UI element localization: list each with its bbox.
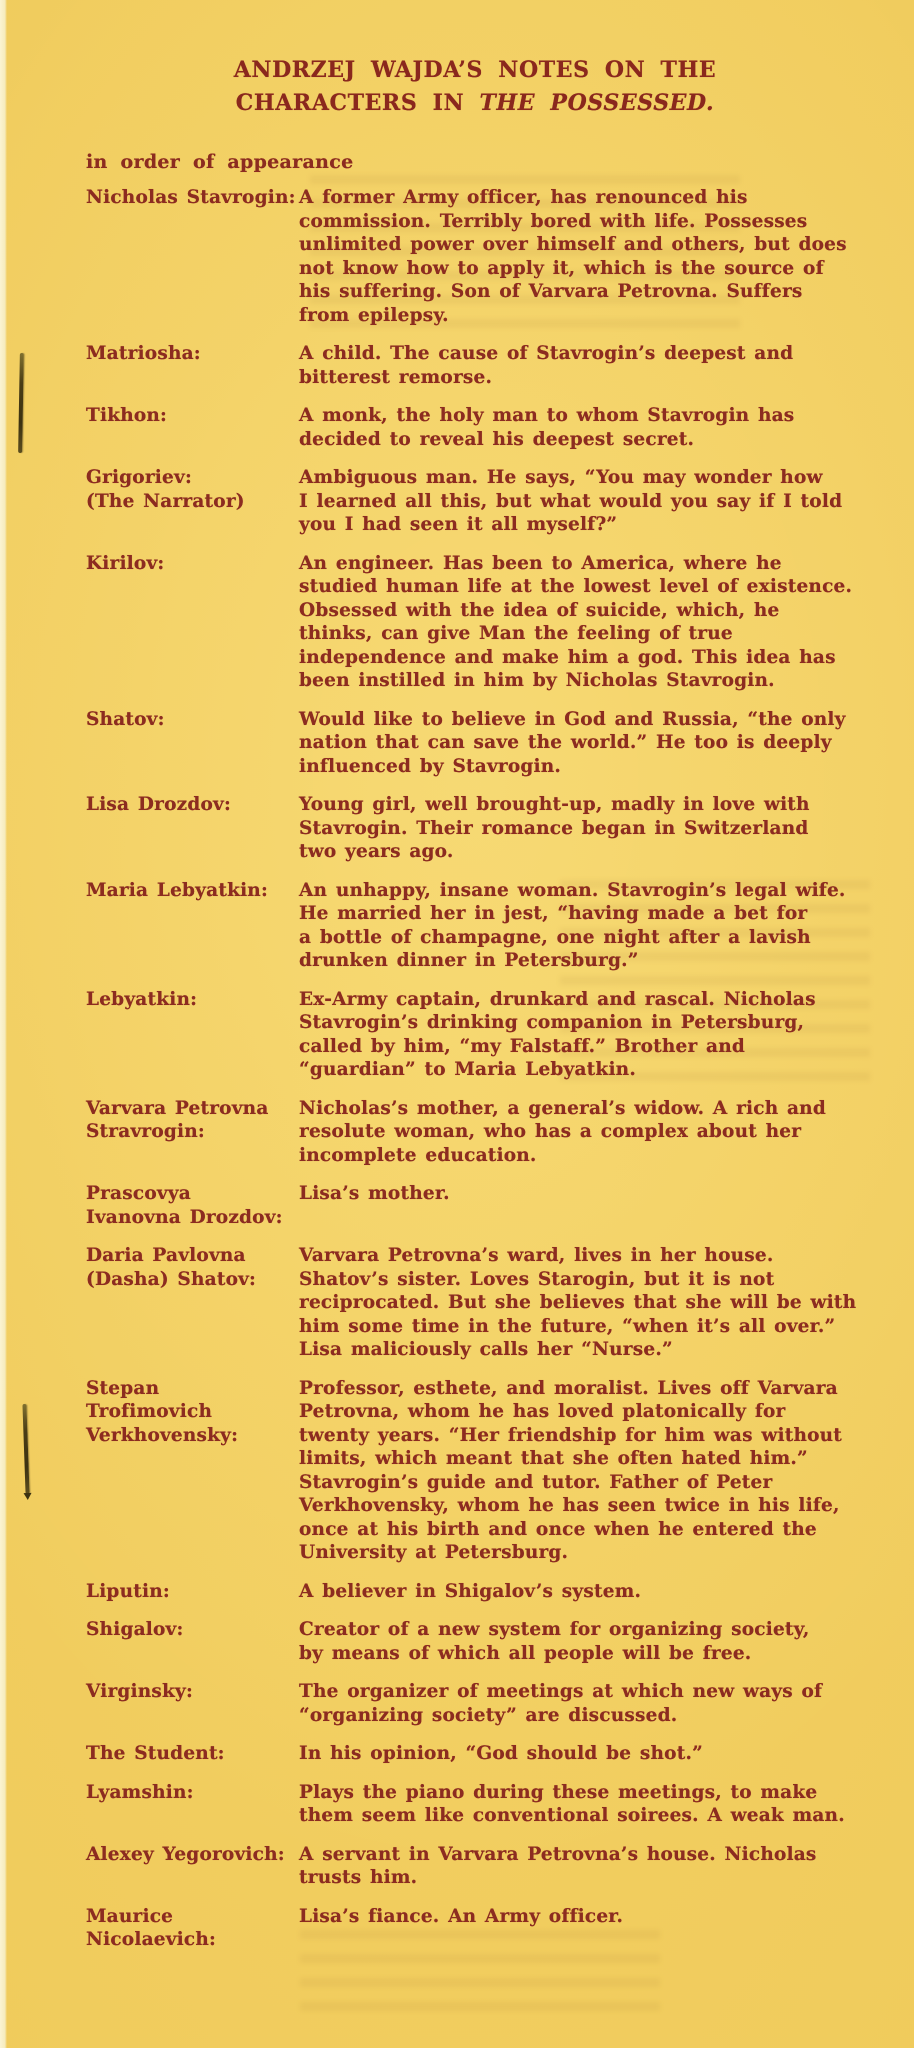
character-name: Lisa Drozdov:	[86, 793, 299, 864]
character-description: An engineer. Has been to America, where …	[299, 552, 864, 693]
title-line-2-prefix: CHARACTERS IN	[236, 90, 480, 116]
character-entry: Stepan Trofimovich Verkhovensky: Profess…	[86, 1377, 864, 1565]
character-description: A child. The cause of Stavrogin’s deepes…	[299, 342, 864, 389]
staple-bottom	[22, 1404, 29, 1494]
character-description: The organizer of meetings at which new w…	[299, 1680, 864, 1727]
character-entry: Lebyatkin: Ex-Army captain, drunkard and…	[86, 988, 864, 1082]
character-entry: Varvara Petrovna Stravrogin: Nicholas’s …	[86, 1097, 864, 1168]
character-description: A servant in Varvara Petrovna’s house. N…	[299, 1843, 864, 1890]
character-name: Shigalov:	[86, 1618, 299, 1665]
character-name: Kirilov:	[86, 552, 299, 693]
character-entry: Prascovya Ivanovna Drozdov: Lisa’s mothe…	[86, 1182, 864, 1229]
character-name: Grigoriev: (The Narrator)	[86, 466, 299, 537]
character-description: Lisa’s mother.	[299, 1182, 864, 1229]
character-entry: Grigoriev: (The Narrator) Ambiguous man.…	[86, 466, 864, 537]
character-name: The Student:	[86, 1742, 299, 1766]
character-entry: Daria Pavlovna (Dasha) Shatov: Varvara P…	[86, 1244, 864, 1362]
character-name: Shatov:	[86, 708, 299, 779]
character-name: Nicholas Stavrogin:	[86, 186, 299, 327]
character-description: Varvara Petrovna’s ward, lives in her ho…	[299, 1244, 864, 1362]
character-entry: The Student: In his opinion, “God should…	[86, 1742, 864, 1766]
character-entry: Liputin: A believer in Shigalov’s system…	[86, 1580, 864, 1604]
character-name: Maurice Nicolaevich:	[86, 1905, 299, 1952]
character-entry: Lisa Drozdov: Young girl, well brought-u…	[86, 793, 864, 864]
character-entry: Nicholas Stavrogin: A former Army office…	[86, 186, 864, 327]
character-name: Liputin:	[86, 1580, 299, 1604]
character-entry: Maria Lebyatkin: An unhappy, insane woma…	[86, 879, 864, 973]
character-description: Ex-Army captain, drunkard and rascal. Ni…	[299, 988, 864, 1082]
character-entry: Shigalov: Creator of a new system for or…	[86, 1618, 864, 1665]
character-name: Maria Lebyatkin:	[86, 879, 299, 973]
character-name: Virginsky:	[86, 1680, 299, 1727]
character-description: Lisa’s fiance. An Army officer.	[299, 1905, 864, 1952]
character-name: Alexey Yegorovich:	[86, 1843, 299, 1890]
staple-top	[18, 353, 24, 453]
title-line-2-italic: THE POSSESSED.	[479, 90, 714, 116]
character-entry: Lyamshin: Plays the piano during these m…	[86, 1781, 864, 1828]
page-title: ANDRZEJ WAJDA’S NOTES ON THECHARACTERS I…	[86, 54, 864, 120]
character-name: Lyamshin:	[86, 1781, 299, 1828]
character-name: Tikhon:	[86, 404, 299, 451]
character-name: Matriosha:	[86, 342, 299, 389]
character-description: A monk, the holy man to whom Stavrogin h…	[299, 404, 864, 451]
character-entry: Maurice Nicolaevich: Lisa’s fiance. An A…	[86, 1905, 864, 1952]
character-name: Lebyatkin:	[86, 988, 299, 1082]
character-name: Prascovya Ivanovna Drozdov:	[86, 1182, 299, 1229]
page-content: ANDRZEJ WAJDA’S NOTES ON THECHARACTERS I…	[86, 0, 864, 1967]
character-entry: Kirilov: An engineer. Has been to Americ…	[86, 552, 864, 693]
character-description: Plays the piano during these meetings, t…	[299, 1781, 864, 1828]
character-entry: Shatov: Would like to believe in God and…	[86, 708, 864, 779]
character-description: An unhappy, insane woman. Stavrogin’s le…	[299, 879, 864, 973]
character-description: Ambiguous man. He says, “You may wonder …	[299, 466, 864, 537]
character-name: Daria Pavlovna (Dasha) Shatov:	[86, 1244, 299, 1362]
character-description: In his opinion, “God should be shot.”	[299, 1742, 864, 1766]
character-description: Creator of a new system for organizing s…	[299, 1618, 864, 1665]
character-entry: Alexey Yegorovich: A servant in Varvara …	[86, 1843, 864, 1890]
program-page: ANDRZEJ WAJDA’S NOTES ON THECHARACTERS I…	[0, 0, 914, 2048]
character-description: A former Army officer, has renounced his…	[299, 186, 864, 327]
character-list: Nicholas Stavrogin: A former Army office…	[86, 186, 864, 1952]
character-description: Would like to believe in God and Russia,…	[299, 708, 864, 779]
character-name: Varvara Petrovna Stravrogin:	[86, 1097, 299, 1168]
character-description: Professor, esthete, and moralist. Lives …	[299, 1377, 864, 1565]
character-entry: Virginsky: The organizer of meetings at …	[86, 1680, 864, 1727]
character-description: Nicholas’s mother, a general’s widow. A …	[299, 1097, 864, 1168]
character-name: Stepan Trofimovich Verkhovensky:	[86, 1377, 299, 1565]
subtitle-in-order-of-appearance: in order of appearance	[86, 150, 864, 174]
character-entry: Matriosha: A child. The cause of Stavrog…	[86, 342, 864, 389]
title-line-1: ANDRZEJ WAJDA’S NOTES ON THE	[234, 57, 717, 83]
scan-edge	[0, 0, 7, 2048]
character-description: A believer in Shigalov’s system.	[299, 1580, 864, 1604]
character-description: Young girl, well brought-up, madly in lo…	[299, 793, 864, 864]
character-entry: Tikhon: A monk, the holy man to whom Sta…	[86, 404, 864, 451]
